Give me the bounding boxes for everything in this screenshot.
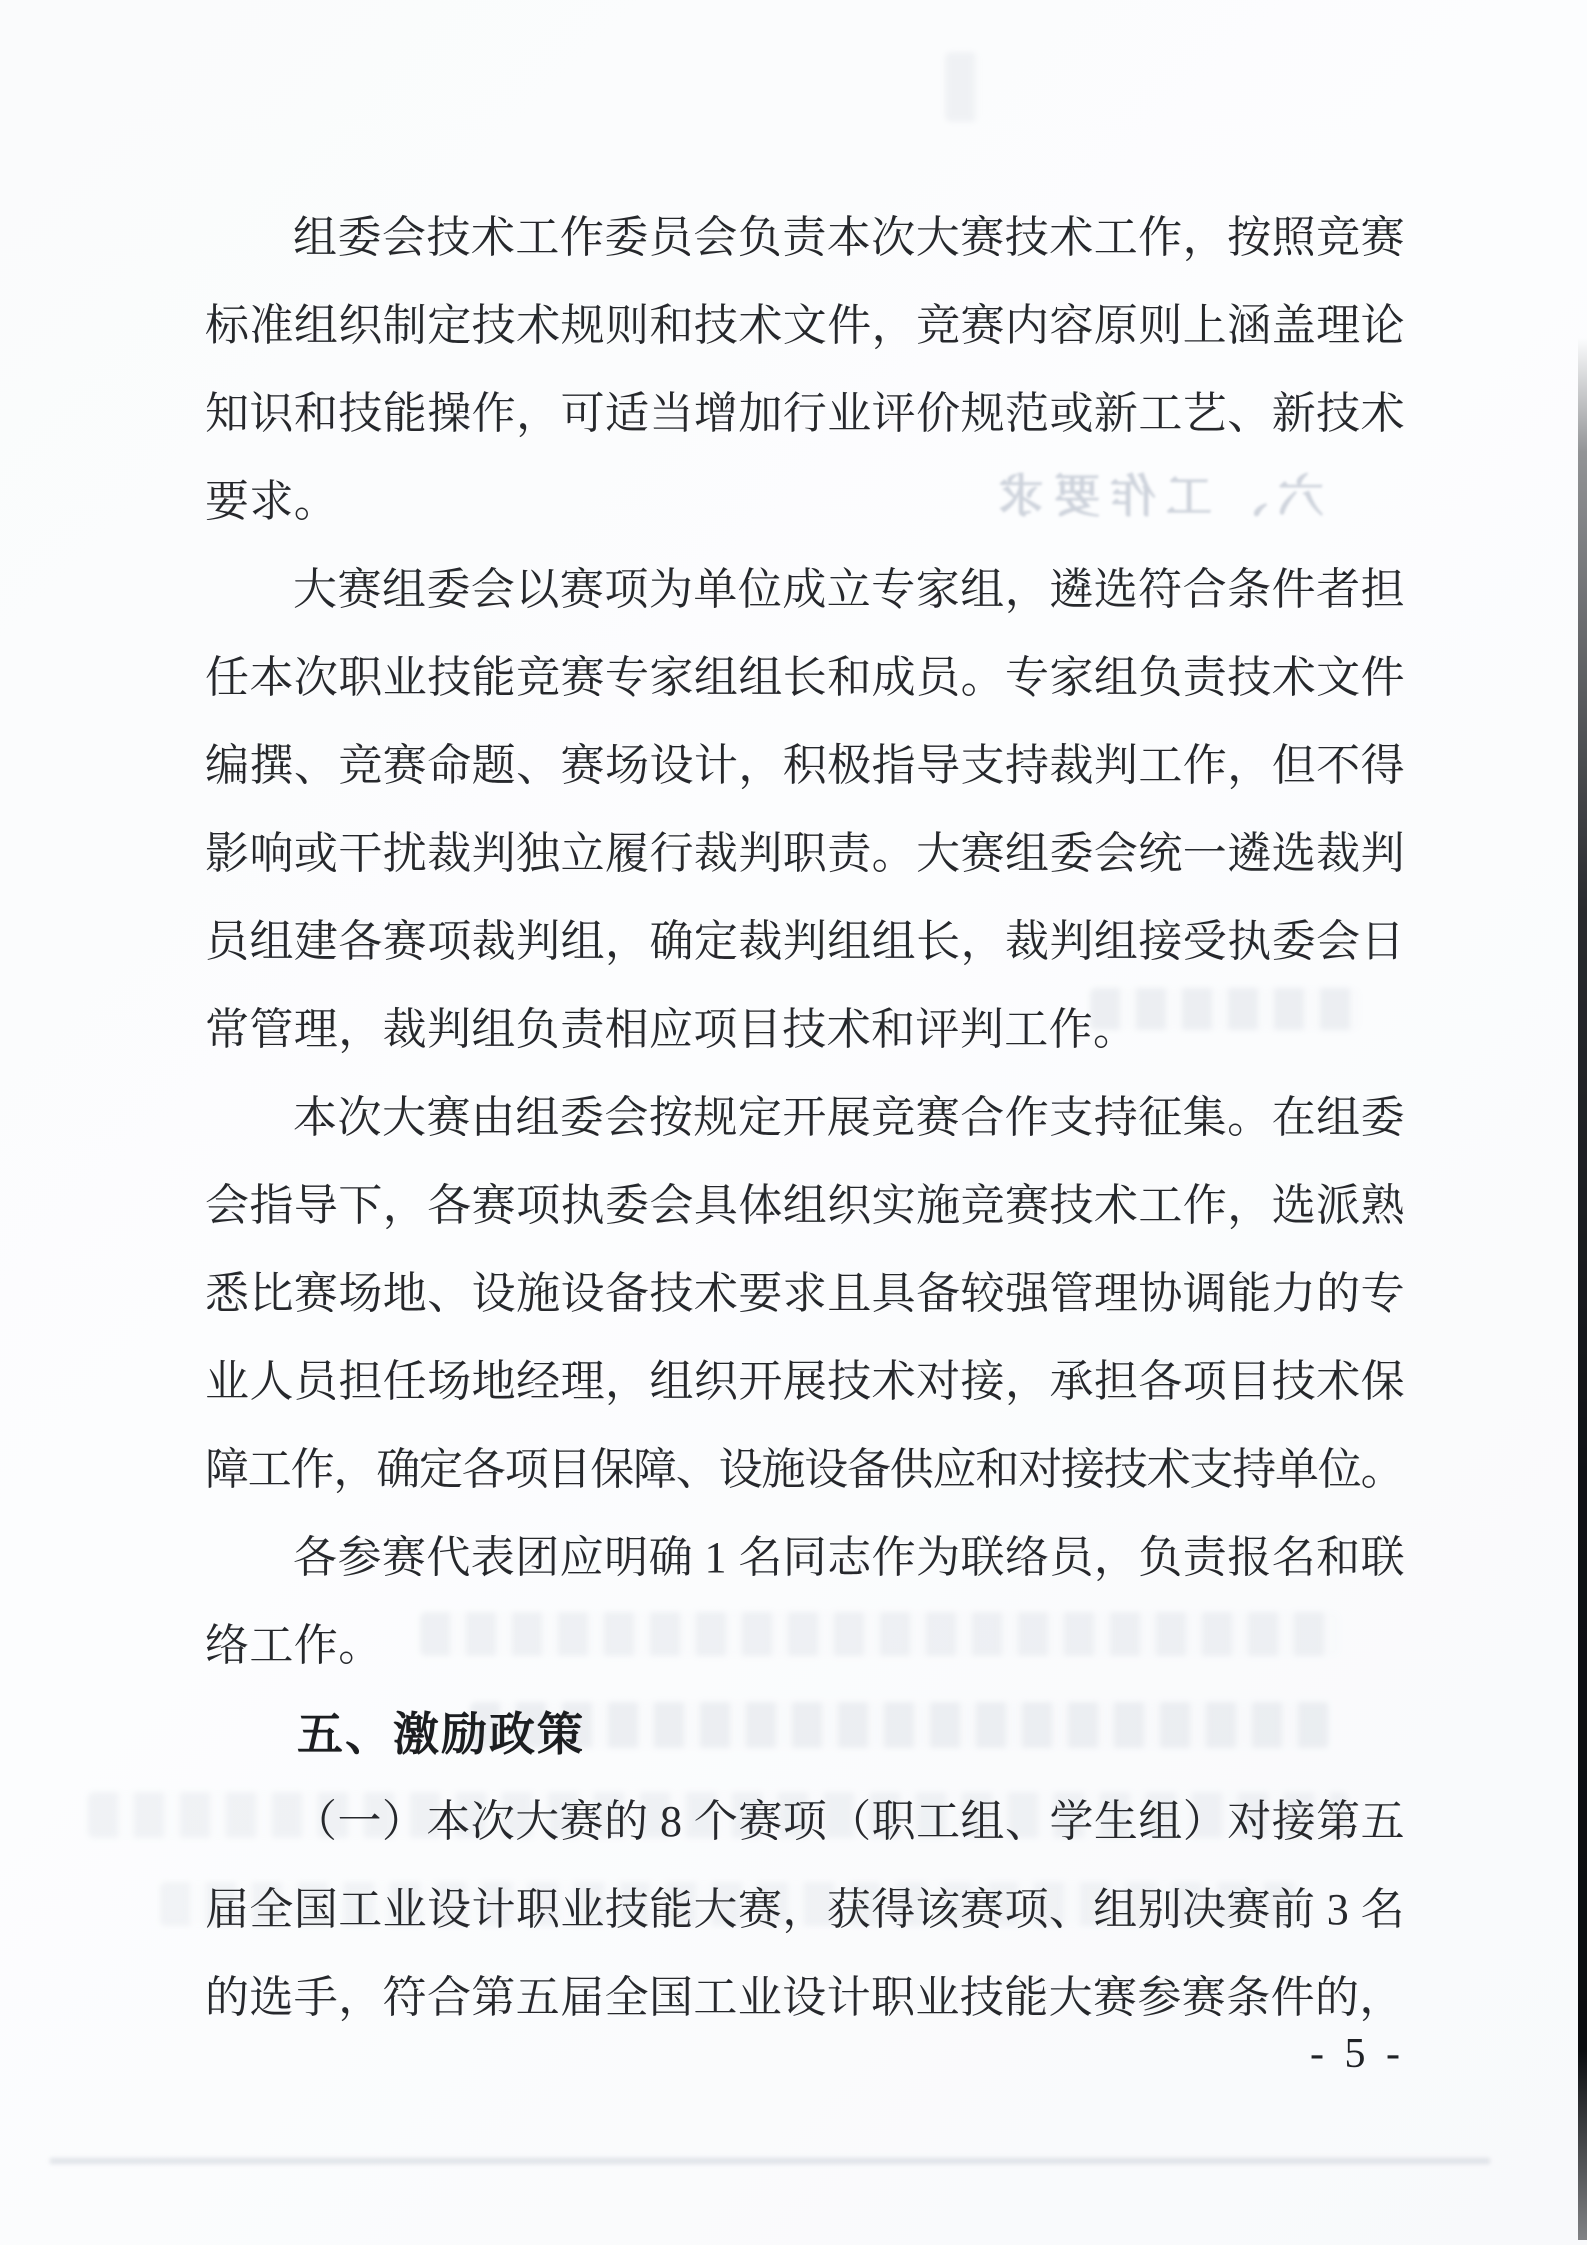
page-number: - 5 - [1310, 2030, 1405, 2078]
document-line: 常管理，裁判组负责相应项目技术和评判工作。 [205, 986, 1405, 1074]
scanned-document-page: 六、工作要求 组委会技术工作委员会负责本次大赛技术工作，按照竞赛 标准组织制定技… [0, 0, 1587, 2245]
document-line: 业人员担任场地经理，组织开展技术对接，承担各项目技术保 [205, 1338, 1405, 1426]
document-line: 任本次职业技能竞赛专家组组长和成员。专家组负责技术文件 [205, 634, 1405, 722]
document-line: 障工作，确定各项目保障、设施设备供应和对接技术支持单位。 [205, 1426, 1405, 1514]
document-line: 编撰、竞赛命题、赛场设计，积极指导支持裁判工作，但不得 [205, 722, 1405, 810]
scan-streak [50, 2158, 1490, 2164]
document-line: 悉比赛场地、设施设备技术要求且具备较强管理协调能力的专 [205, 1250, 1405, 1338]
bleed-through-smudge [945, 52, 981, 122]
document-line: （一）本次大赛的 8 个赛项（职工组、学生组）对接第五 [205, 1778, 1405, 1866]
document-line: 各参赛代表团应明确 1 名同志作为联络员，负责报名和联 [205, 1514, 1405, 1602]
document-line: 员组建各赛项裁判组，确定裁判组组长，裁判组接受执委会日 [205, 898, 1405, 986]
document-line: 会指导下，各赛项执委会具体组织实施竞赛技术工作，选派熟 [205, 1162, 1405, 1250]
document-line: 届全国工业设计职业技能大赛，获得该赛项、组别决赛前 3 名 [205, 1866, 1405, 1954]
document-line: 本次大赛由组委会按规定开展竞赛合作支持征集。在组委 [205, 1074, 1405, 1162]
document-line: 络工作。 [205, 1602, 1405, 1690]
section-heading: 五、激励政策 [205, 1690, 1405, 1778]
document-line: 影响或干扰裁判独立履行裁判职责。大赛组委会统一遴选裁判 [205, 810, 1405, 898]
document-line: 组委会技术工作委员会负责本次大赛技术工作，按照竞赛 [205, 194, 1405, 282]
document-line: 要求。 [205, 458, 1405, 546]
document-line: 的选手，符合第五届全国工业设计职业技能大赛参赛条件的， [205, 1954, 1405, 2042]
document-line: 知识和技能操作，可适当增加行业评价规范或新工艺、新技术 [205, 370, 1405, 458]
scan-edge-shadow [1578, 338, 1587, 2240]
document-line: 标准组织制定技术规则和技术文件，竞赛内容原则上涵盖理论 [205, 282, 1405, 370]
document-line: 大赛组委会以赛项为单位成立专家组，遴选符合条件者担 [205, 546, 1405, 634]
document-body: 组委会技术工作委员会负责本次大赛技术工作，按照竞赛 标准组织制定技术规则和技术文… [205, 194, 1405, 2042]
